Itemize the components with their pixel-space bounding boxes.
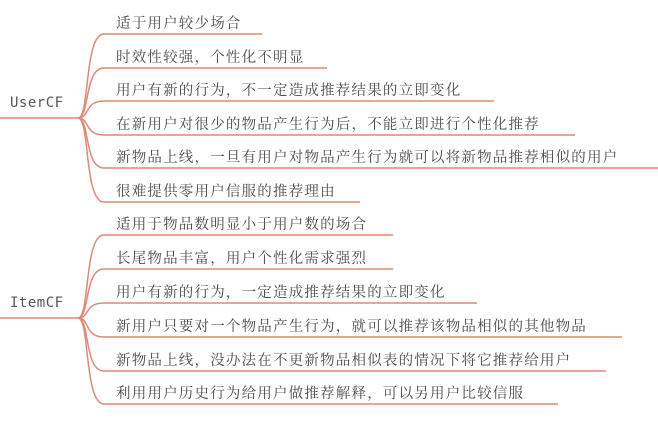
node-usercf[interactable]: UserCF <box>10 95 64 111</box>
leaf-usercf-1[interactable]: 适于用户较少场合 <box>116 12 242 33</box>
leaf-itemcf-3[interactable]: 用户有新的行为，一定造成推荐结果的立即变化 <box>116 281 446 302</box>
node-itemcf[interactable]: ItemCF <box>10 295 64 311</box>
leaf-usercf-3[interactable]: 用户有新的行为，不一定造成推荐结果的立即变化 <box>116 79 461 100</box>
leaf-usercf-6[interactable]: 很难提供零用户信服的推荐理由 <box>116 180 336 201</box>
leaf-usercf-2[interactable]: 时效性较强，个性化不明显 <box>116 46 304 67</box>
leaf-usercf-5[interactable]: 新物品上线，一旦有用户对物品产生行为就可以将新物品推荐相似的用户 <box>116 146 618 167</box>
leaf-usercf-4[interactable]: 在新用户对很少的物品产生行为后，不能立即进行个性化推荐 <box>116 113 540 134</box>
leaf-itemcf-4[interactable]: 新用户只要对一个物品产生行为，就可以推荐该物品相似的其他物品 <box>116 315 587 336</box>
leaf-itemcf-6[interactable]: 利用用户历史行为给用户做推荐解释，可以另用户比较信服 <box>116 382 524 403</box>
leaf-itemcf-2[interactable]: 长尾物品丰富，用户个性化需求强烈 <box>116 247 367 268</box>
leaf-itemcf-5[interactable]: 新物品上线，没办法在不更新物品相似表的情况下将它推荐给用户 <box>116 349 571 370</box>
leaf-itemcf-1[interactable]: 适用于物品数明显小于用户数的场合 <box>116 213 367 234</box>
